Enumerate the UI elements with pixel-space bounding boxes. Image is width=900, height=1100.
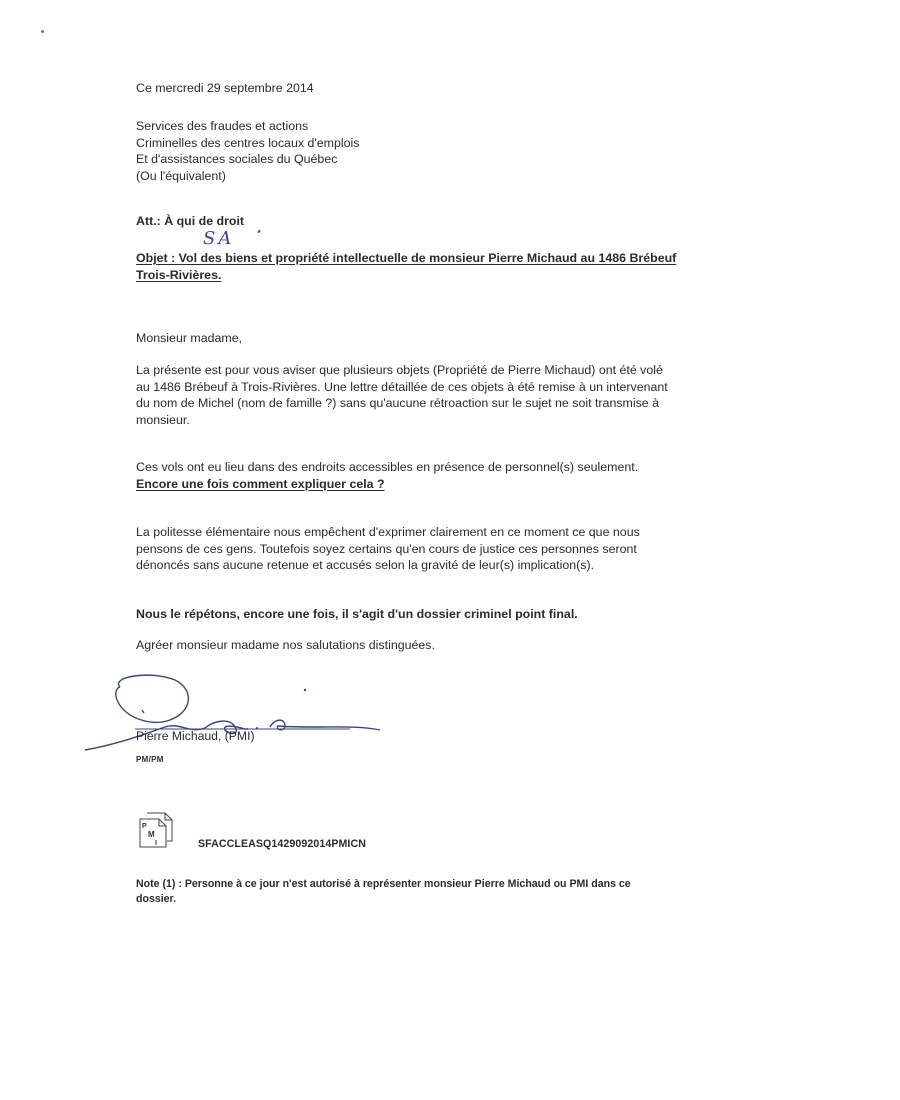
- paragraph-line: La présente est pour vous aviser que plu…: [136, 362, 796, 379]
- subject-line-2: Trois-Rivières.: [136, 267, 796, 284]
- paragraph-line: monsieur.: [136, 412, 796, 429]
- letter-date: Ce mercredi 29 septembre 2014: [136, 80, 314, 97]
- footnote-line: Note (1) : Personne à ce jour n'est auto…: [136, 877, 631, 892]
- paragraph-4-statement: Nous le répétons, encore une fois, il s'…: [136, 606, 578, 623]
- recipient-line: Services des fraudes et actions: [136, 118, 796, 135]
- salutation: Monsieur madame,: [136, 330, 242, 347]
- paragraph-line: au 1486 Brébeuf à Trois-Rivières. Une le…: [136, 379, 796, 396]
- icon-letter-i: I: [155, 840, 157, 847]
- icon-letter-m: M: [148, 830, 155, 839]
- reference-code: SFACCLEASQ1429092014PMICN: [198, 838, 366, 850]
- footnote: Note (1) : Personne à ce jour n'est auto…: [136, 877, 631, 907]
- signer-name: Pierre Michaud, (PMI): [136, 728, 255, 745]
- initials: PM/PM: [136, 752, 164, 769]
- closing-formula: Agréer monsieur madame nos salutations d…: [136, 637, 435, 654]
- document-stack-icon: P M I: [135, 810, 177, 850]
- handwritten-annotation: SA: [203, 228, 234, 249]
- paragraph-line: pensons de ces gens. Toutefois soyez cer…: [136, 541, 796, 558]
- paragraph-3: La politesse élémentaire nous empêchent …: [136, 524, 796, 574]
- recipient-address: Services des fraudes et actions Criminel…: [136, 118, 796, 184]
- paragraph-line: du nom de Michel (nom de famille ?) sans…: [136, 395, 796, 412]
- icon-letter-p: P: [142, 823, 147, 830]
- paragraph-line: Ces vols ont eu lieu dans des endroits a…: [136, 459, 796, 476]
- letter-page: Ce mercredi 29 septembre 2014 Services d…: [0, 0, 900, 1100]
- subject-line: Objet : Vol des biens et propriété intel…: [136, 250, 796, 283]
- paragraph-line: La politesse élémentaire nous empêchent …: [136, 524, 796, 541]
- recipient-line: Criminelles des centres locaux d'emplois: [136, 135, 796, 152]
- paragraph-2: Ces vols ont eu lieu dans des endroits a…: [136, 459, 796, 492]
- scan-speck: [41, 30, 44, 33]
- paragraph-line: dénoncés sans aucune retenue et accusés …: [136, 557, 796, 574]
- subject-line-1: Objet : Vol des biens et propriété intel…: [136, 250, 796, 267]
- recipient-line: Et d'assistances sociales du Québec: [136, 151, 796, 168]
- paragraph-1: La présente est pour vous aviser que plu…: [136, 362, 796, 428]
- recipient-line: (Ou l'équivalent): [136, 168, 796, 185]
- emphasis-question: Encore une fois comment expliquer cela ?: [136, 476, 796, 493]
- handwritten-mark: [257, 230, 260, 234]
- footnote-line: dossier.: [136, 892, 631, 907]
